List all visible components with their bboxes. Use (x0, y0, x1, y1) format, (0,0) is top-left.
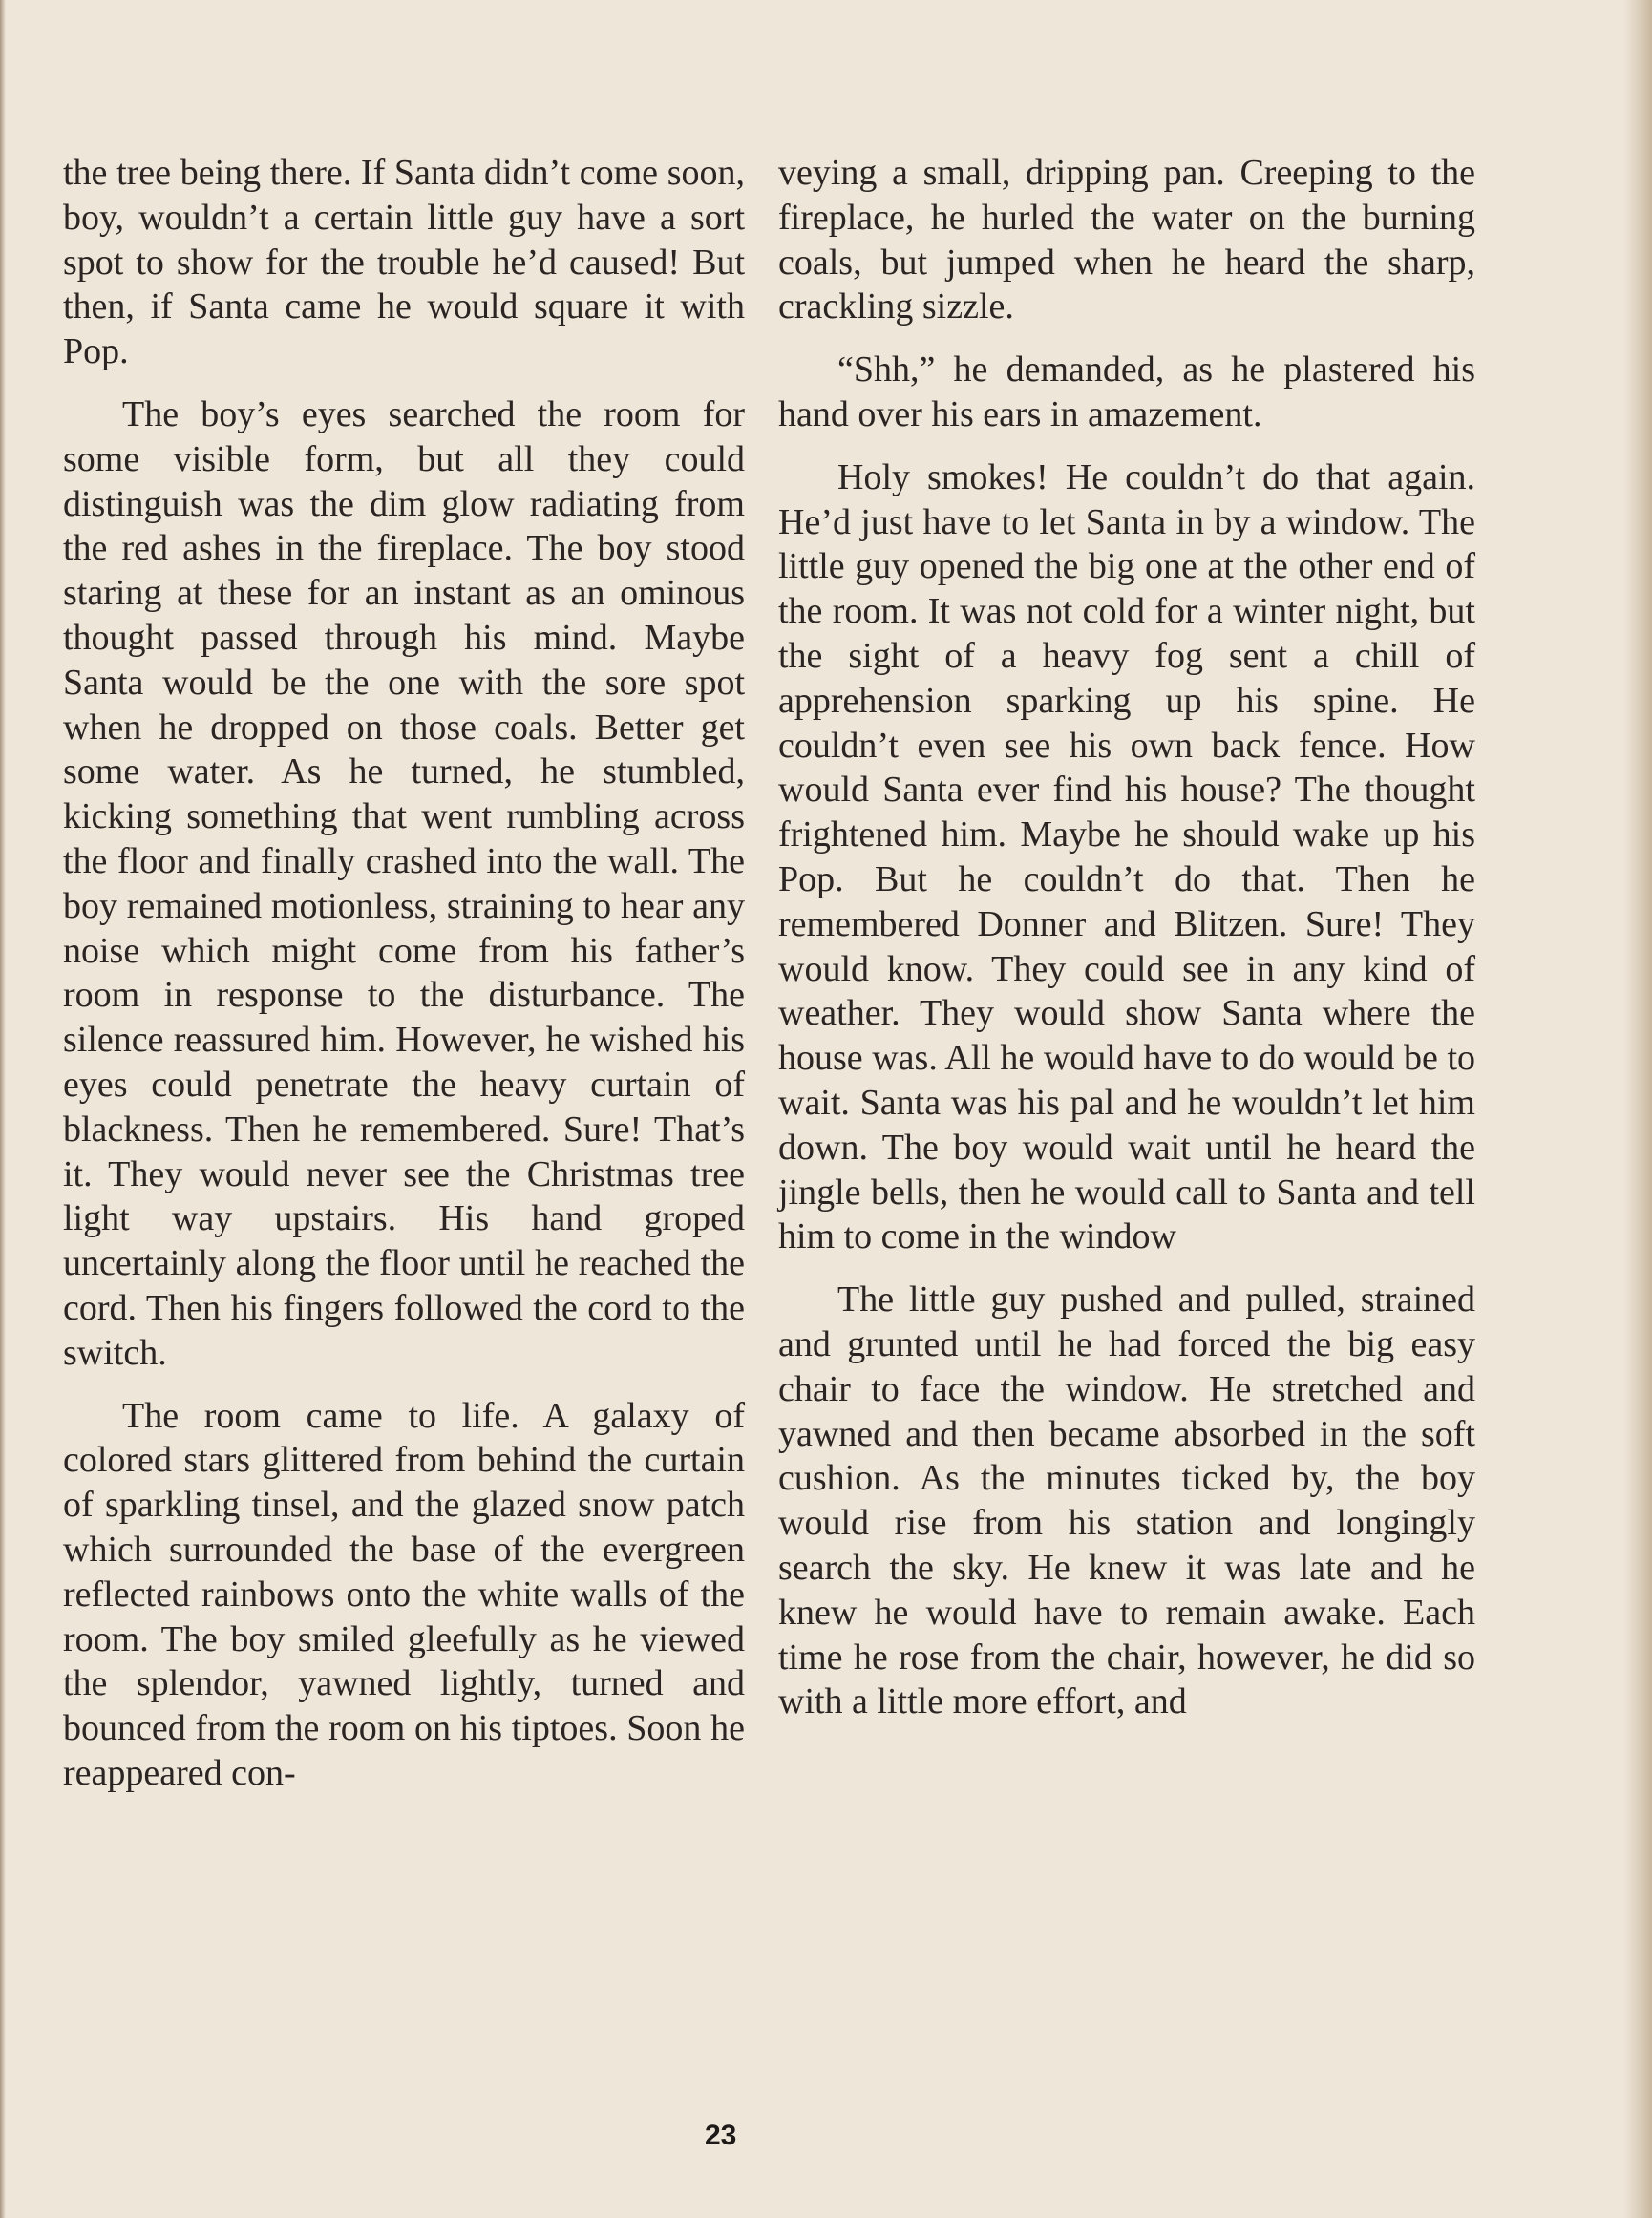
paragraph: The little guy pushed and pulled, strain… (778, 1278, 1475, 1724)
paragraph: Holy smokes! He couldn’t do that again. … (778, 455, 1475, 1259)
paragraph: “Shh,” he demanded, as he plastered his … (778, 348, 1475, 437)
right-column: veying a small, dripping pan. Creeping t… (778, 151, 1475, 1743)
paragraph: the tree being there. If Santa didn’t co… (63, 151, 745, 374)
page-number: 23 (705, 2120, 736, 2152)
paragraph: veying a small, dripping pan. Creeping t… (778, 151, 1475, 329)
paragraph: The room came to life. A galaxy of color… (63, 1394, 745, 1796)
page-edge-left (0, 0, 6, 2218)
page-edge-right (1623, 0, 1652, 2218)
paragraph: The boy’s eyes searched the room for som… (63, 392, 745, 1376)
left-column: the tree being there. If Santa didn’t co… (63, 151, 745, 1814)
